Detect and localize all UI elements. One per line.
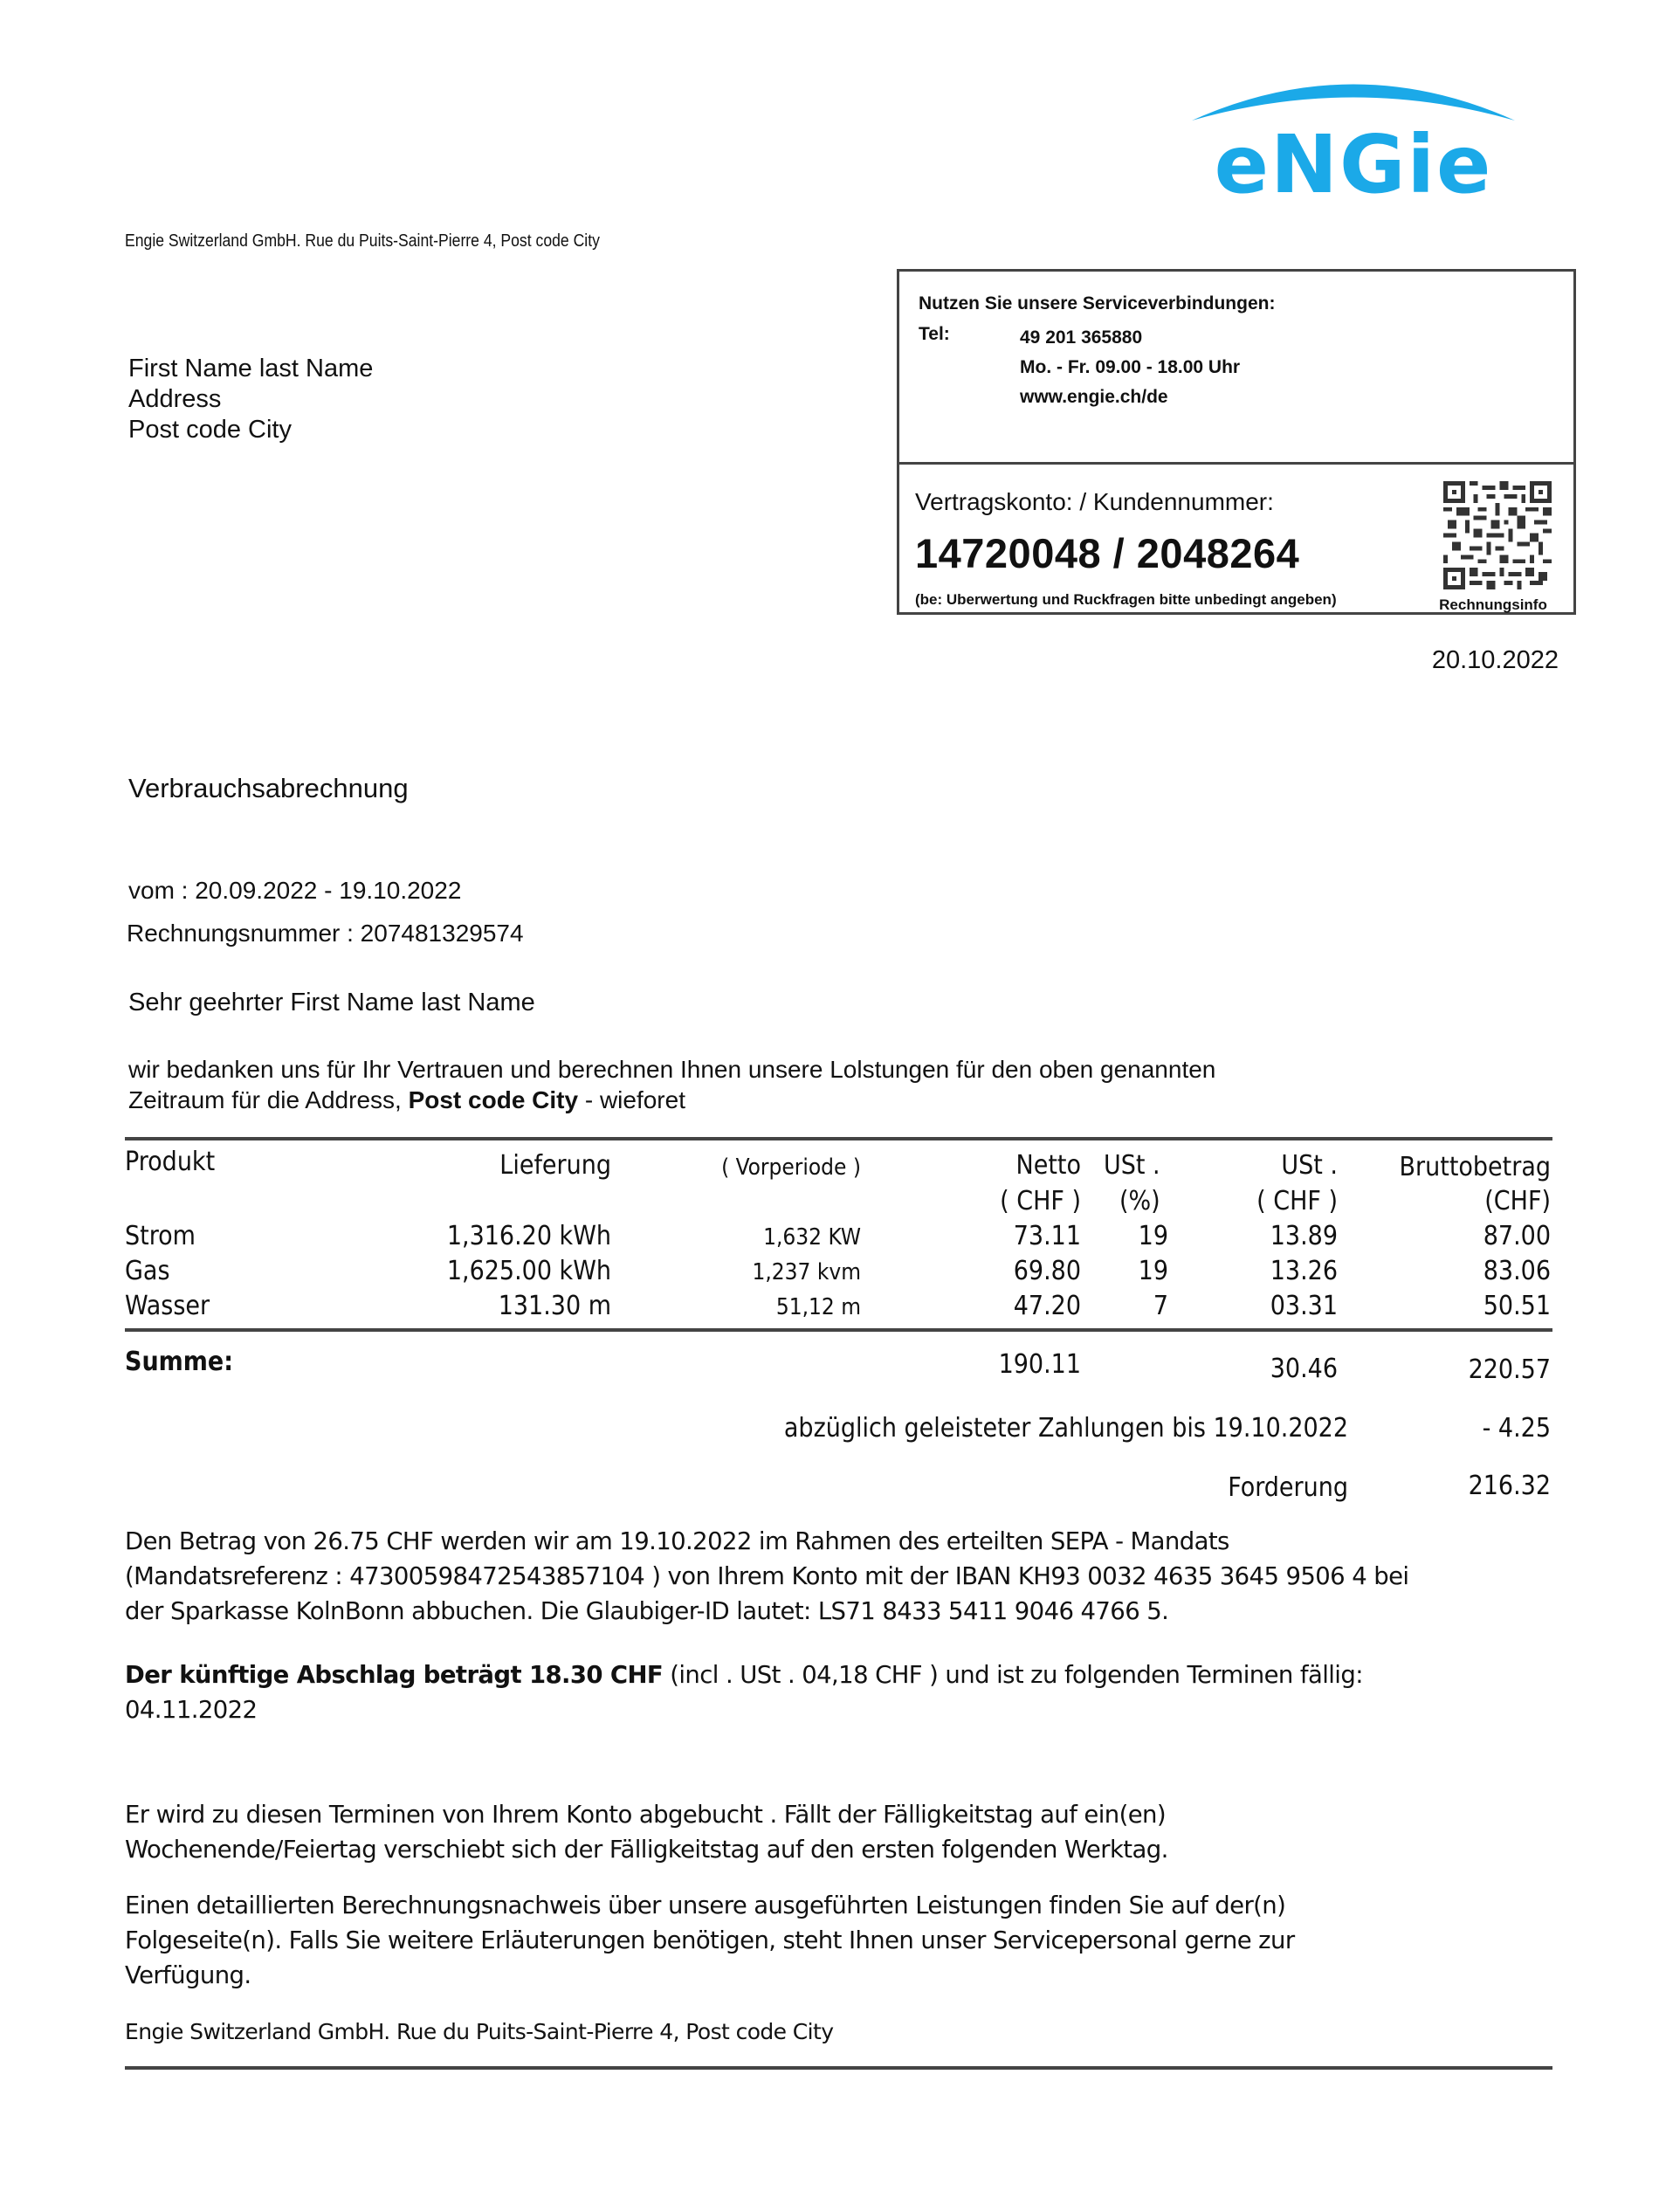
table-cell-vorperiode: 51,12 m [611,1294,861,1320]
abschlag-line-1: Der künftige Abschlag beträgt 18.30 CHF … [125,1657,1574,1692]
table-cell-netto: 73.11 [908,1221,1081,1251]
termine-line-1: Er wird zu diesen Terminen von Ihrem Kon… [125,1797,1574,1832]
table-cell-ust-pct: 7 [1091,1291,1168,1321]
table-cell-lieferung: 131.30 m [349,1291,611,1321]
payments-value: - 4.25 [1345,1413,1551,1444]
recipient-address: First Name last Name Address Post code C… [128,354,373,445]
termine-paragraph: Er wird zu diesen Terminen von Ihrem Kon… [125,1797,1574,1867]
account-note: (be: Uberwertung und Ruckfragen bitte un… [915,591,1337,609]
account-panel: Vertragskonto: / Kundennummer: 14720048 … [899,462,1573,612]
header-ust-pct: USt . [1104,1150,1160,1181]
summe-label: Summe: [125,1347,233,1377]
abschlag-date: 04.11.2022 [125,1692,1574,1727]
salutation: Sehr geehrter First Name last Name [128,989,535,1017]
svg-text:eNGie: eNGie [1215,118,1493,201]
nachweis-line-1: Einen detaillierten Berechnungsnachweis … [125,1888,1574,1923]
qr-label: Rechnungsinfo [1432,596,1554,614]
table-cell-lieferung: 1,625.00 kWh [349,1256,611,1286]
table-cell-produkt: Gas [125,1256,170,1286]
service-website-link[interactable]: www.engie.ch/de [1020,387,1168,408]
payments-label: abzüglich geleisteter Zahlungen bis 19.1… [611,1413,1348,1444]
recipient-city: Post code City [128,415,373,445]
nachweis-paragraph: Einen detaillierten Berechnungsnachweis … [125,1888,1574,1993]
document-date: 20.10.2022 [1432,646,1559,675]
abschlag-bold: Der künftige Abschlag beträgt 18.30 CHF [125,1661,663,1689]
summe-netto: 190.11 [908,1349,1081,1380]
table-cell-vorperiode: 1,237 kvm [611,1259,861,1285]
intro-text: wir bedanken uns für Ihr Vertrauen und b… [128,1054,1525,1115]
abschlag-rest: (incl . USt . 04,18 CHF ) und ist zu fol… [663,1661,1363,1689]
nachweis-line-2: Folgeseite(n). Falls Sie weitere Erläute… [125,1923,1574,1958]
intro-line-1: wir bedanken uns für Ihr Vertrauen und b… [128,1054,1525,1085]
page-title: Verbrauchsabrechnung [128,773,409,804]
abschlag-paragraph: Der künftige Abschlag beträgt 18.30 CHF … [125,1657,1574,1727]
table-cell-ust-pct: 19 [1091,1221,1168,1251]
header-netto: Netto [908,1150,1081,1181]
service-heading: Nutzen Sie unsere Serviceverbindungen: [919,293,1275,314]
header-vorperiode: ( Vorperiode ) [611,1154,861,1181]
table-cell-brutto: 83.06 [1345,1256,1551,1286]
table-cell-produkt: Wasser [125,1291,210,1321]
recipient-street: Address [128,384,373,415]
header-ust-chf-unit: ( CHF ) [1179,1186,1338,1216]
service-info-box: Nutzen Sie unsere Serviceverbindungen: T… [897,269,1576,615]
intro-line-2-prefix: Zeitraum für die Address, [128,1086,409,1113]
table-cell-ust-chf: 13.26 [1179,1256,1338,1286]
billing-period: vom : 20.09.2022 - 19.10.2022 [128,877,461,905]
table-cell-brutto: 50.51 [1345,1291,1551,1321]
recipient-name: First Name last Name [128,354,373,384]
table-bottom-divider [125,1328,1552,1332]
header-brutto: Bruttobetrag [1345,1152,1551,1182]
table-cell-netto: 47.20 [908,1291,1081,1321]
header-brutto-unit: (CHF) [1345,1186,1551,1216]
table-cell-ust-pct: 19 [1091,1256,1168,1286]
sepa-line-2: (Mandatsreferenz : 47300598472543857104 … [125,1559,1574,1594]
footer-sender-line: Engie Switzerland GmbH. Rue du Puits-Sai… [125,2019,833,2044]
account-number: 14720048 / 2048264 [915,529,1299,577]
sepa-line-1: Den Betrag von 26.75 CHF werden wir am 1… [125,1524,1574,1559]
footer-divider [125,2066,1552,2070]
table-top-divider [125,1137,1552,1140]
intro-line-2: Zeitraum für die Address, Post code City… [128,1085,1525,1115]
termine-line-2: Wochenende/Feiertag verschiebt sich der … [125,1832,1574,1867]
header-ust-pct-unit: (%) [1119,1186,1160,1216]
sepa-paragraph: Den Betrag von 26.75 CHF werden wir am 1… [125,1524,1574,1629]
table-cell-netto: 69.80 [908,1256,1081,1286]
table-cell-brutto: 87.00 [1345,1221,1551,1251]
table-cell-vorperiode: 1,632 KW [611,1224,861,1251]
header-netto-unit: ( CHF ) [908,1186,1081,1216]
tel-label: Tel: [919,324,950,345]
table-cell-produkt: Strom [125,1221,196,1251]
table-cell-ust-chf: 13.89 [1179,1221,1338,1251]
summe-ust: 30.46 [1179,1354,1338,1384]
service-phone: 49 201 365880 [1020,327,1142,348]
summe-brutto: 220.57 [1345,1354,1551,1385]
header-produkt: Produkt [125,1147,215,1177]
sender-address-line: Engie Switzerland GmbH. Rue du Puits-Sai… [125,231,600,252]
header-lieferung: Lieferung [349,1150,611,1181]
service-hours: Mo. - Fr. 09.00 - 18.00 Uhr [1020,357,1240,378]
nachweis-line-3: Verfügung. [125,1958,1574,1993]
table-cell-ust-chf: 03.31 [1179,1291,1338,1321]
service-contact-panel: Nutzen Sie unsere Serviceverbindungen: T… [899,272,1573,465]
table-cell-lieferung: 1,316.20 kWh [349,1221,611,1251]
engie-logo-icon: eNGie [1183,70,1524,201]
account-label: Vertragskonto: / Kundennummer: [915,488,1274,516]
sepa-line-3: der Sparkasse KolnBonn abbuchen. Die Gla… [125,1594,1574,1629]
qr-code-icon [1441,481,1554,589]
forderung-label: Forderung [1048,1472,1348,1503]
intro-line-2-bold: Post code City [409,1086,578,1113]
header-ust-chf: USt . [1179,1150,1338,1181]
invoice-number: Rechnungsnummer : 207481329574 [127,920,524,948]
forderung-value: 216.32 [1345,1471,1551,1501]
intro-line-2-suffix: - wieforet [578,1086,685,1113]
